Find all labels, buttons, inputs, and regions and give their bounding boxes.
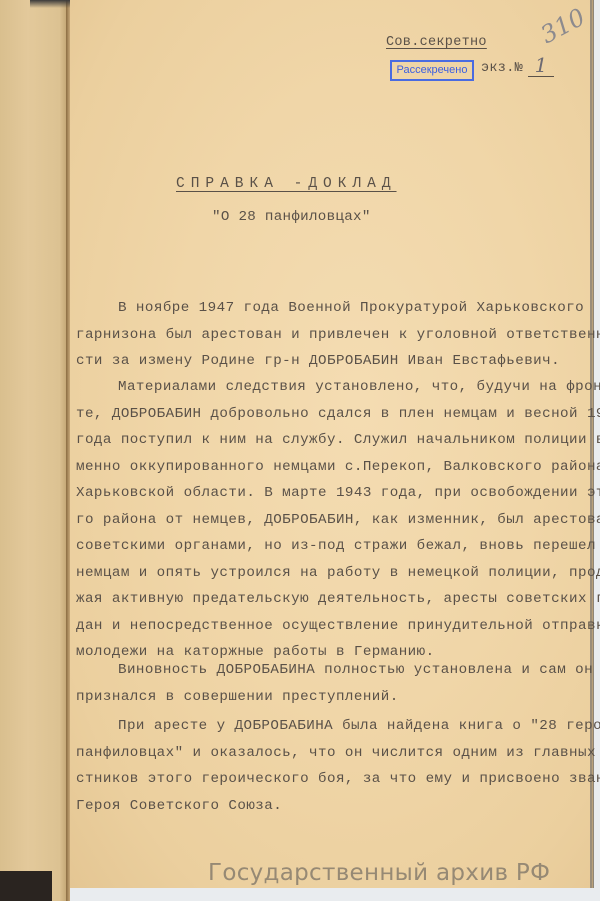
declassified-stamp: Рассекречено: [390, 60, 474, 81]
body-line: В ноябре 1947 года Военной Прокуратурой …: [118, 300, 584, 316]
binding-dark-corner: [0, 871, 52, 901]
archive-watermark: Государственный архив РФ: [208, 860, 550, 886]
body-line: те, ДОБРОБАБИН добровольно сдался в плен…: [76, 406, 600, 422]
body-line: Харьковской области. В марте 1943 года, …: [76, 485, 600, 501]
body-line: панфиловцах" и оказалось, что он числитс…: [76, 745, 600, 761]
document-title: СПРАВКА -ДОКЛАД: [176, 176, 397, 192]
body-line: стников этого героического боя, за что е…: [76, 771, 600, 787]
body-line: признался в совершении преступлений.: [76, 689, 399, 705]
body-line: сти за измену Родине гр-н ДОБРОБАБИН Ива…: [76, 353, 560, 369]
body-line: немцам и опять устроился на работу в нем…: [76, 565, 600, 581]
body-line: менно оккупированного немцами с.Перекоп,…: [76, 459, 600, 475]
body-line: дан и непосредственное осуществление при…: [76, 618, 600, 634]
body-line: года поступил к ним на службу. Служил на…: [76, 432, 600, 448]
copy-label: экз.№: [481, 61, 523, 76]
body-line: жая активную предательскую деятельность,…: [76, 591, 600, 607]
body-line: Виновность ДОБРОБАБИНА полностью установ…: [118, 662, 593, 678]
body-line: молодежи на каторжные работы в Германию.: [76, 644, 435, 660]
body-line: Материалами следствия установлено, что, …: [118, 379, 600, 395]
body-line: При аресте у ДОБРОБАБИНА была найдена кн…: [118, 718, 600, 734]
classification-label: Сов.секретно: [386, 35, 487, 50]
body-line: го района от немцев, ДОБРОБАБИН, как изм…: [76, 512, 600, 528]
binding-page: [0, 0, 70, 901]
copy-number: 1: [528, 54, 554, 77]
document-subtitle: "О 28 панфиловцах": [212, 209, 371, 225]
body-line: гарнизона был арестован и привлечен к уг…: [76, 327, 600, 343]
body-line: Героя Советского Союза.: [76, 798, 282, 814]
body-line: советскими органами, но из-под стражи бе…: [76, 538, 600, 554]
